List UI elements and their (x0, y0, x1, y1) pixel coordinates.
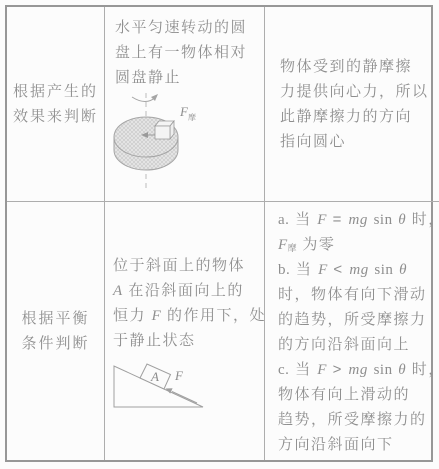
text-line: 的趋势，所受摩擦力 (278, 307, 439, 332)
situation-text-block: 水平匀速转动的圆 盘上有一物体相对 圆盘静止 (105, 7, 264, 90)
text-line: c. 当 F > mg sin θ 时， (278, 357, 439, 382)
text-line: 盘上有一物体相对 (115, 40, 264, 65)
text-line: 趋势，所受摩擦力的 (278, 407, 439, 432)
text-line: b. 当 F < mg sin θ (278, 257, 439, 282)
disk-diagram: F 摩 (108, 90, 238, 198)
text-line: 条件判断 (21, 331, 89, 356)
text-line: 物体有向上滑动的 (278, 382, 439, 407)
text-line: 方向沿斜面向下 (278, 432, 439, 457)
text-line: 的方向沿斜面向上 (278, 332, 439, 357)
analysis-cell-centripetal: 物体受到的静摩擦 力提供向心力，所以 此静摩擦力的方向 指向圆心 (265, 7, 439, 202)
text-line: A 在沿斜面向上的 (113, 278, 266, 303)
object-cube-front (155, 126, 170, 139)
text-line: 力提供向心力，所以 (280, 79, 439, 104)
method-cell-effect: 根据产生的 效果来判断 (7, 7, 105, 202)
text-line: 物体受到的静摩擦 (280, 54, 439, 79)
force-label: F (174, 368, 184, 383)
text-line: 水平匀速转动的圆 (115, 15, 264, 40)
text-line: F摩 为零 (278, 232, 439, 257)
method-text-block: 根据产生的 效果来判断 (13, 79, 98, 129)
text-line: 指向圆心 (280, 129, 439, 154)
text-line: 效果来判断 (13, 104, 98, 129)
text-line: 时，物体有向下滑动 (278, 282, 439, 307)
text-line: 根据平衡 (21, 306, 89, 331)
method-text-block: 根据平衡 条件判断 (21, 306, 89, 356)
text-line: 根据产生的 (13, 79, 98, 104)
incline-diagram: A F (110, 358, 220, 412)
block-label: A (150, 369, 159, 384)
force-arrow (172, 392, 197, 404)
analysis-cell-cases: a. 当 F = mg sin θ 时， F摩 为零 b. 当 F < mg s… (265, 202, 439, 460)
text-line: 圆盘静止 (115, 65, 264, 90)
text-line: 于静止状态 (113, 328, 266, 353)
friction-force-label-sub: 摩 (188, 112, 196, 122)
scanned-textbook-page: { "colors": { "background": "#fcfcfc", "… (0, 0, 439, 469)
friction-direction-table: 根据产生的 效果来判断 水平匀速转动的圆 盘上有一物体相对 圆盘静止 (5, 5, 433, 462)
situation-cell-disk: 水平匀速转动的圆 盘上有一物体相对 圆盘静止 F 摩 (105, 7, 265, 202)
situation-text-block: 位于斜面上的物体 A 在沿斜面向上的 恒力 F 的作用下，处 于静止状态 (113, 253, 266, 353)
text-line: 此静摩擦力的方向 (280, 104, 439, 129)
situation-cell-incline: 位于斜面上的物体 A 在沿斜面向上的 恒力 F 的作用下，处 于静止状态 A F (105, 202, 265, 460)
text-line: 恒力 F 的作用下，处 (113, 303, 266, 328)
method-cell-equilibrium: 根据平衡 条件判断 (7, 202, 105, 460)
text-line: a. 当 F = mg sin θ 时， (278, 207, 439, 232)
text-line: 位于斜面上的物体 (113, 253, 266, 278)
